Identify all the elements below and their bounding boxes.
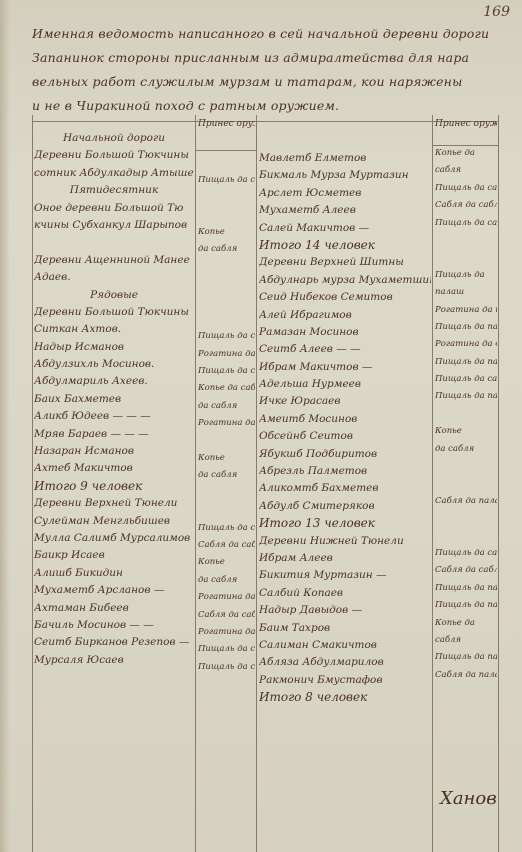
weapon-cell — [198, 154, 255, 171]
name-row: Рамазан Мосинов — [259, 324, 431, 341]
name-row: Ибрам Алеев — [259, 550, 431, 567]
table-rule — [432, 115, 433, 852]
name-row: Деревни Большой Тюкчины — [34, 304, 194, 321]
name-row: Ичке Юрасаев — [259, 393, 431, 410]
name-row — [34, 234, 194, 251]
weapon-cell — [198, 433, 255, 450]
name-row: Абдулб Смитеряков — [259, 498, 431, 515]
name-row: Мавлетб Елметов — [259, 150, 431, 167]
name-row: кчины Субханкул Шарыпов — [34, 217, 194, 234]
table-rule — [256, 115, 257, 852]
weapon-cell: Копье — [198, 224, 255, 241]
name-row: Деревни Верхней Шитны — [259, 254, 431, 271]
weapon-cell — [435, 510, 497, 527]
weapon-cell: Пищаль да палаш — [435, 354, 497, 371]
weapon-cell: Копье — [198, 554, 255, 571]
name-row: Мухаметб Алеев — [259, 202, 431, 219]
section-heading: Начальной дороги — [34, 130, 194, 147]
name-row: Баих Бахметев — [34, 391, 194, 408]
weapon-cell — [435, 232, 497, 249]
weapon-cell — [198, 485, 255, 502]
name-row: Ахтаман Бибеев — [34, 600, 194, 617]
weapon-cell — [198, 294, 255, 311]
name-row: Мулла Салимб Мурсалимов — [34, 530, 194, 547]
total-row: Итого 13 человек — [259, 515, 431, 532]
weapon-cell — [435, 458, 497, 475]
left-names-column: Начальной дорогиДеревни Большой Тюкчиныс… — [34, 130, 194, 669]
right-names-column: Мавлетб ЕлметовБикмаль Мурза МуртазинАрс… — [259, 150, 431, 707]
header-line: и не в Чиракиной поход с ратным оружием. — [32, 94, 510, 118]
weapon-cell: Пищаль да сабля — [435, 371, 497, 388]
weapon-cell — [435, 528, 497, 545]
weapon-cell: Копье да — [435, 615, 497, 632]
weapon-cell: да сабля — [198, 398, 255, 415]
weapon-cell: Копье да сабля — [198, 380, 255, 397]
table-rule — [195, 115, 196, 852]
name-row: Бикмаль Мурза Муртазин — [259, 167, 431, 184]
weapon-cell: сабля — [435, 632, 497, 649]
name-row: Адаев. — [34, 269, 194, 286]
column-header-weapons: Принес оружия — [435, 118, 497, 131]
weapon-cell — [435, 475, 497, 492]
weapon-cell: Пищаль да сабля — [435, 180, 497, 197]
name-row: Сеитб Бирканов Резепов — — [34, 634, 194, 651]
name-row: Надыр Исманов — [34, 339, 194, 356]
weapon-cell: Сабля да сабля — [198, 537, 255, 554]
weapon-cell: палаш — [435, 284, 497, 301]
name-row: Абдулмариль Ахеев. — [34, 373, 194, 390]
weapon-cell: Рогатина да палаш — [435, 302, 497, 319]
weapon-cell: Пищаль да палаш — [435, 649, 497, 666]
header-line: вельных работ служилым мурзам и татарам,… — [32, 70, 510, 94]
folio-number: 169 — [483, 4, 510, 20]
right-weapons-column: Принес оружия Копье дасабляПищаль да саб… — [435, 118, 497, 684]
name-row: Оное деревни Большой Тю — [34, 200, 194, 217]
name-row: Абдулнарь мурза Мухаметшин — [259, 272, 431, 289]
name-row: Салиман Смакичтов — [259, 637, 431, 654]
name-row: Абдулзихль Мосинов. — [34, 356, 194, 373]
name-row: Ракмонич Бмустафов — [259, 672, 431, 689]
weapon-cell: Пищаль да палаш — [435, 580, 497, 597]
name-row: Баим Тахров — [259, 620, 431, 637]
weapon-cell — [435, 406, 497, 423]
weapon-cell: сабля — [435, 162, 497, 179]
weapon-cell: Пищаль да сабля — [198, 641, 255, 658]
name-row: Баикр Исаев — [34, 547, 194, 564]
weapon-cell: Рогатина да сабля — [198, 415, 255, 432]
name-row: Мурсаля Юсаев — [34, 652, 194, 669]
weapon-cell: Пищаль да сабля — [198, 172, 255, 189]
name-row: Назаран Исманов — [34, 443, 194, 460]
weapon-cell: Пищаль да — [435, 267, 497, 284]
name-row: Алишб Бикидин — [34, 565, 194, 582]
table-rule — [498, 115, 499, 852]
weapon-cell: Пищаль да сабля — [435, 545, 497, 562]
weapon-cell — [198, 502, 255, 519]
weapon-cell: Пищаль да палаш — [435, 388, 497, 405]
weapon-cell: Пищаль да сабля — [198, 659, 255, 676]
signature: Ханов — [440, 788, 497, 809]
total-row: Итого 9 человек — [34, 478, 194, 495]
name-row: Бачиль Мосинов — — — [34, 617, 194, 634]
section-heading: Рядовые — [34, 287, 194, 304]
name-row: Алей Ибрагимов — [259, 307, 431, 324]
weapon-cell: Копье — [198, 450, 255, 467]
name-row: Адельша Нурмеев — [259, 376, 431, 393]
column-header-weapons: Принес оружия — [198, 118, 255, 131]
name-row: Деревни Большой Тюкчины — [34, 147, 194, 164]
weapon-cell: Пищаль да сабля — [435, 215, 497, 232]
name-row: Ахтеб Макичтов — [34, 460, 194, 477]
weapon-cell — [198, 311, 255, 328]
total-row: Итого 8 человек — [259, 689, 431, 706]
weapon-cell: Сабля да сабля — [435, 197, 497, 214]
name-row: Ябукшб Подбиритов — [259, 446, 431, 463]
weapon-cell: Копье — [435, 423, 497, 440]
weapon-cell: Сабля да палаш — [435, 493, 497, 510]
total-row: Итого 14 человек — [259, 237, 431, 254]
weapon-cell: да сабля — [435, 441, 497, 458]
section-heading: Пятидесятник — [34, 182, 194, 199]
manuscript-page: 169 Именная ведомость написанного в сей … — [0, 0, 522, 852]
name-row: Амеитб Мосинов — [259, 411, 431, 428]
name-row: Аликомтб Бахметев — [259, 480, 431, 497]
weapon-cell: Пищаль да палаш — [435, 597, 497, 614]
name-row: Салей Макичтов — — [259, 220, 431, 237]
name-row: Мряв Бараев — — — — [34, 426, 194, 443]
weapon-cell — [198, 189, 255, 206]
document-header: Именная ведомость написанного в сей нача… — [32, 22, 510, 118]
weapon-cell: Рогатина да сабля — [435, 336, 497, 353]
name-row: сотник Абдулкадыр Атышев — [34, 165, 194, 182]
weapon-cell: Пищаль да сабля — [198, 328, 255, 345]
name-row: Надыр Давыдов — — [259, 602, 431, 619]
weapon-cell — [198, 137, 255, 154]
weapon-cell: Сабля да сабля — [435, 562, 497, 579]
weapon-cell: да сабля — [198, 467, 255, 484]
weapon-cell: Пищаль да сабля — [198, 363, 255, 380]
name-row: Салбий Копаев — [259, 585, 431, 602]
weapon-cell: Рогатина да сабля — [198, 589, 255, 606]
name-row: Ситкан Ахтов. — [34, 321, 194, 338]
weapon-cell: Рогатина да сабля — [198, 346, 255, 363]
weapon-cell: Пищаль да сабля — [198, 520, 255, 537]
name-row: Сеитб Алеев — — — [259, 341, 431, 358]
header-line: Запанинок стороны присланным из адмиралт… — [32, 46, 510, 70]
weapon-cell — [198, 207, 255, 224]
name-row: Ибрам Макичтов — — [259, 359, 431, 376]
table-rule — [32, 121, 498, 122]
table-rule — [32, 115, 33, 852]
name-row: Сулейман Менгльбишев — [34, 513, 194, 530]
weapon-cell — [198, 276, 255, 293]
name-row: Обсейнб Сеитов — [259, 428, 431, 445]
weapon-cell: Пищаль да палаш — [435, 319, 497, 336]
name-row: Арслет Юсметев — [259, 185, 431, 202]
name-row: Абляза Абдулмарилов — [259, 654, 431, 671]
header-line: Именная ведомость написанного в сей нача… — [32, 22, 510, 46]
weapon-cell — [198, 259, 255, 276]
weapon-cell: да сабля — [198, 572, 255, 589]
name-row: Деревни Верхней Тюнели — [34, 495, 194, 512]
name-row: Деревни Ащенниной Манее — [34, 252, 194, 269]
weapon-cell — [435, 249, 497, 266]
name-row: Деревни Нижней Тюнели — [259, 533, 431, 550]
name-row: Сеид Нибеков Семитов — [259, 289, 431, 306]
name-row: Мухаметб Арсланов — — [34, 582, 194, 599]
left-weapons-column: Принес оружия Пищаль да сабляКопьеда саб… — [198, 118, 255, 676]
name-row: Бикития Муртазин — — [259, 567, 431, 584]
name-row: Абрезль Палметов — [259, 463, 431, 480]
weapon-cell: Сабля да палаш — [435, 667, 497, 684]
weapon-cell: Копье да — [435, 145, 497, 162]
weapon-cell: Рогатина да сабля — [198, 624, 255, 641]
name-row: Аликб Юдеев — — — — [34, 408, 194, 425]
weapon-cell: Сабля да сабля — [198, 607, 255, 624]
weapon-cell: да сабля — [198, 241, 255, 258]
